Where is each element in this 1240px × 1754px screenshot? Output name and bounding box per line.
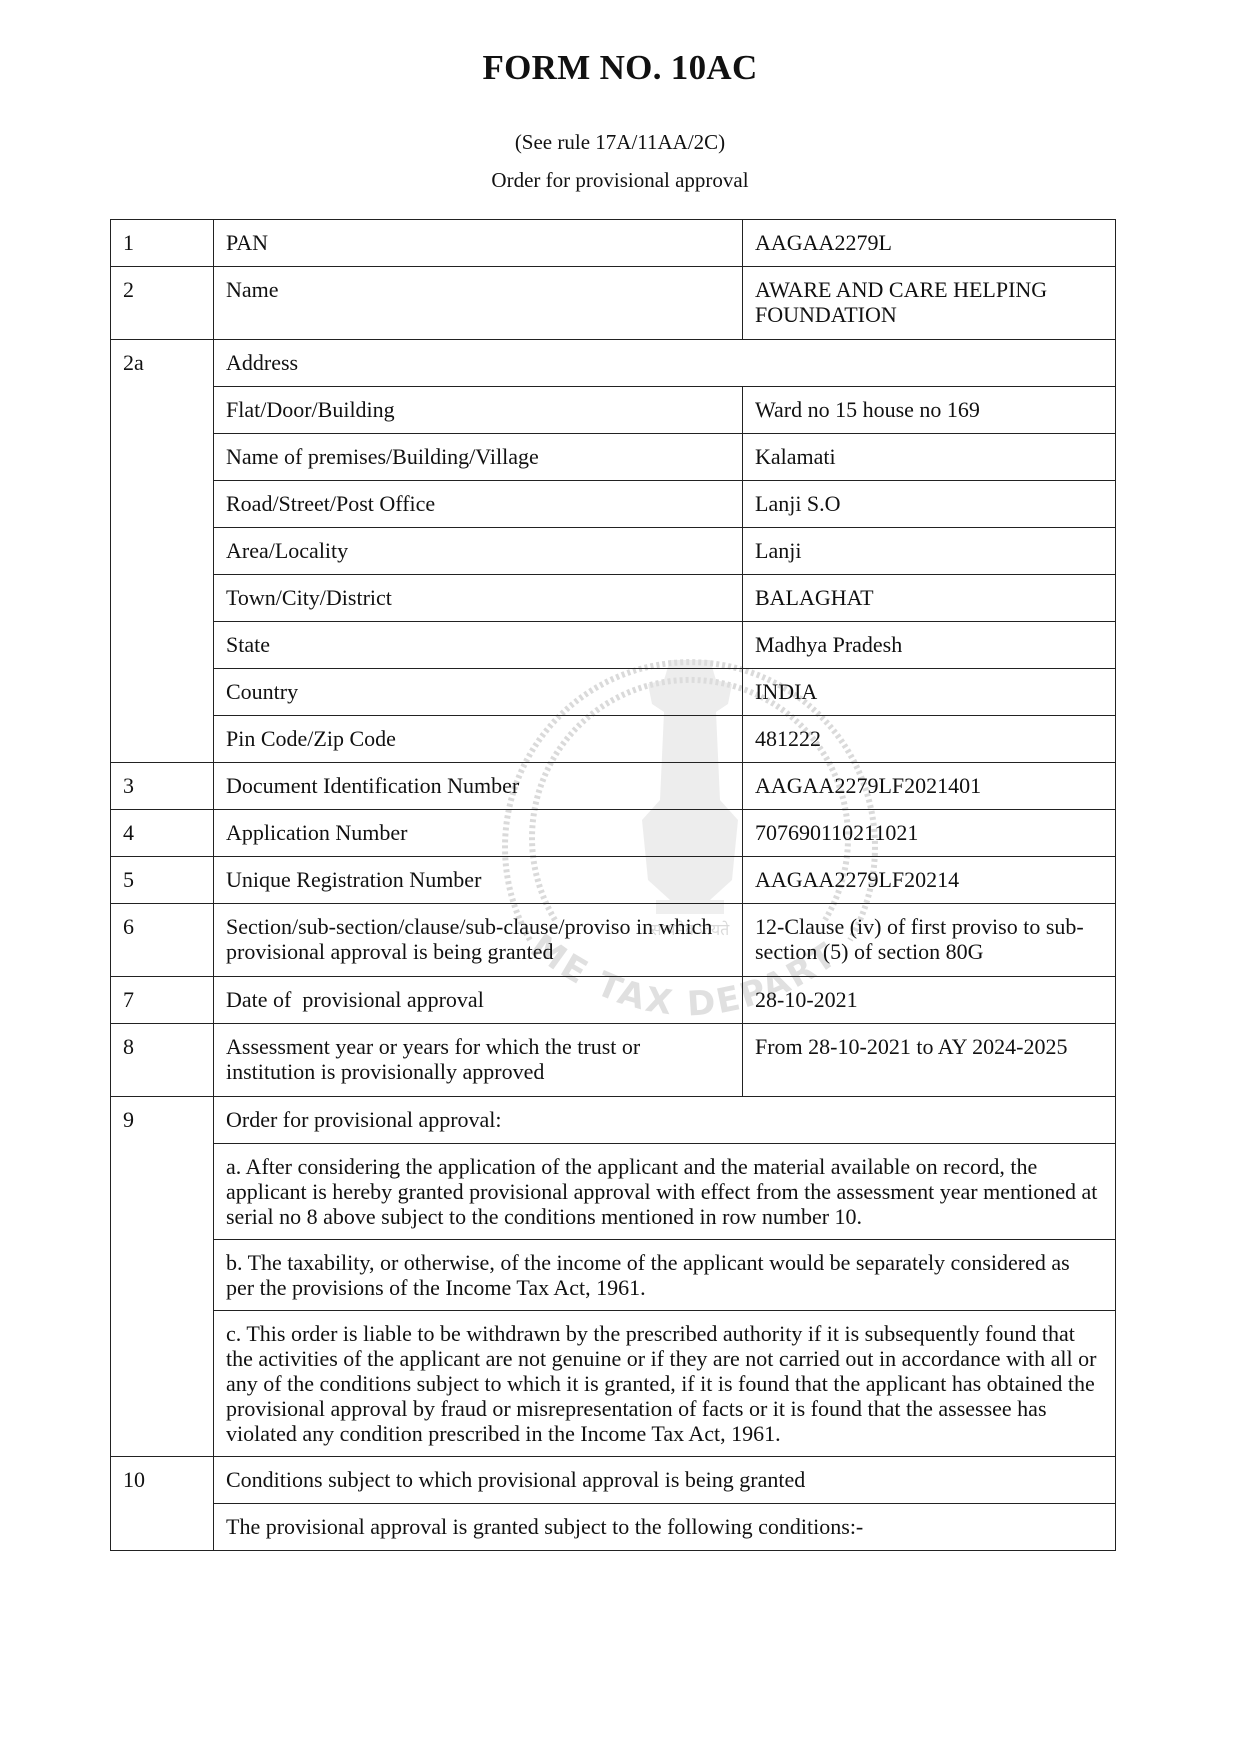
table-row: Name of premises/Building/Village Kalama… [111,434,1116,481]
table-row: 4 Application Number 707690110211021 [111,810,1116,857]
row-number: 2a [111,340,214,763]
table-row: Area/Locality Lanji [111,528,1116,575]
address-field-value: Kalamati [743,434,1116,481]
row-number: 6 [111,904,214,977]
table-row: Flat/Door/Building Ward no 15 house no 1… [111,387,1116,434]
table-row: 5 Unique Registration Number AAGAA2279LF… [111,857,1116,904]
assessment-year-label: Assessment year or years for which the t… [214,1024,743,1097]
table-row: c. This order is liable to be withdrawn … [111,1311,1116,1457]
table-row: 10 Conditions subject to which provision… [111,1457,1116,1504]
table-row: State Madhya Pradesh [111,622,1116,669]
address-field-label: Road/Street/Post Office [214,481,743,528]
section-value: 12-Clause (iv) of first proviso to sub-s… [743,904,1116,977]
order-clause-b: b. The taxability, or otherwise, of the … [214,1240,1116,1311]
conditions-heading: Conditions subject to which provisional … [214,1457,1116,1504]
order-clause-a: a. After considering the application of … [214,1144,1116,1240]
assessment-year-value: From 28-10-2021 to AY 2024-2025 [743,1024,1116,1097]
din-value: AAGAA2279LF2021401 [743,763,1116,810]
address-label: Address [214,340,1116,387]
approval-date-label: Date of provisional approval [214,977,743,1024]
table-row: Town/City/District BALAGHAT [111,575,1116,622]
pan-value: AAGAA2279L [743,220,1116,267]
table-row: Country INDIA [111,669,1116,716]
table-row: 7 Date of provisional approval 28-10-202… [111,977,1116,1024]
application-number-value: 707690110211021 [743,810,1116,857]
application-number-label: Application Number [214,810,743,857]
address-field-label: State [214,622,743,669]
table-row: b. The taxability, or otherwise, of the … [111,1240,1116,1311]
name-value: AWARE AND CARE HELPING FOUNDATION [743,267,1116,340]
din-label: Document Identification Number [214,763,743,810]
address-field-label: Country [214,669,743,716]
address-field-value: BALAGHAT [743,575,1116,622]
form-title: FORM NO. 10AC [0,48,1240,88]
address-field-label: Flat/Door/Building [214,387,743,434]
rule-reference: (See rule 17A/11AA/2C) [0,130,1240,155]
table-row: 2a Address [111,340,1116,387]
table-row: The provisional approval is granted subj… [111,1504,1116,1551]
row-number: 1 [111,220,214,267]
row-number: 2 [111,267,214,340]
table-row: 8 Assessment year or years for which the… [111,1024,1116,1097]
conditions-intro: The provisional approval is granted subj… [214,1504,1116,1551]
urn-value: AAGAA2279LF20214 [743,857,1116,904]
pan-label: PAN [214,220,743,267]
urn-label: Unique Registration Number [214,857,743,904]
table-row: Pin Code/Zip Code 481222 [111,716,1116,763]
row-number: 9 [111,1097,214,1457]
address-field-label: Pin Code/Zip Code [214,716,743,763]
row-number: 8 [111,1024,214,1097]
address-field-label: Name of premises/Building/Village [214,434,743,481]
row-number: 10 [111,1457,214,1551]
address-field-value: Ward no 15 house no 169 [743,387,1116,434]
address-field-value: Madhya Pradesh [743,622,1116,669]
table-row: 2 Name AWARE AND CARE HELPING FOUNDATION [111,267,1116,340]
row-number: 4 [111,810,214,857]
row-number: 5 [111,857,214,904]
row-number: 7 [111,977,214,1024]
table-row: 1 PAN AAGAA2279L [111,220,1116,267]
table-row: Road/Street/Post Office Lanji S.O [111,481,1116,528]
section-label: Section/sub-section/clause/sub-clause/pr… [214,904,743,977]
address-field-label: Town/City/District [214,575,743,622]
table-row: 6 Section/sub-section/clause/sub-clause/… [111,904,1116,977]
address-field-label: Area/Locality [214,528,743,575]
form-table: 1 PAN AAGAA2279L 2 Name AWARE AND CARE H… [110,219,1116,1551]
form-subtitle: Order for provisional approval [0,168,1240,193]
table-row: 3 Document Identification Number AAGAA22… [111,763,1116,810]
address-field-value: Lanji [743,528,1116,575]
table-row: 9 Order for provisional approval: [111,1097,1116,1144]
name-label: Name [214,267,743,340]
table-row: a. After considering the application of … [111,1144,1116,1240]
approval-date-value: 28-10-2021 [743,977,1116,1024]
address-field-value: Lanji S.O [743,481,1116,528]
address-field-value: 481222 [743,716,1116,763]
order-clause-c: c. This order is liable to be withdrawn … [214,1311,1116,1457]
order-heading: Order for provisional approval: [214,1097,1116,1144]
address-field-value: INDIA [743,669,1116,716]
row-number: 3 [111,763,214,810]
